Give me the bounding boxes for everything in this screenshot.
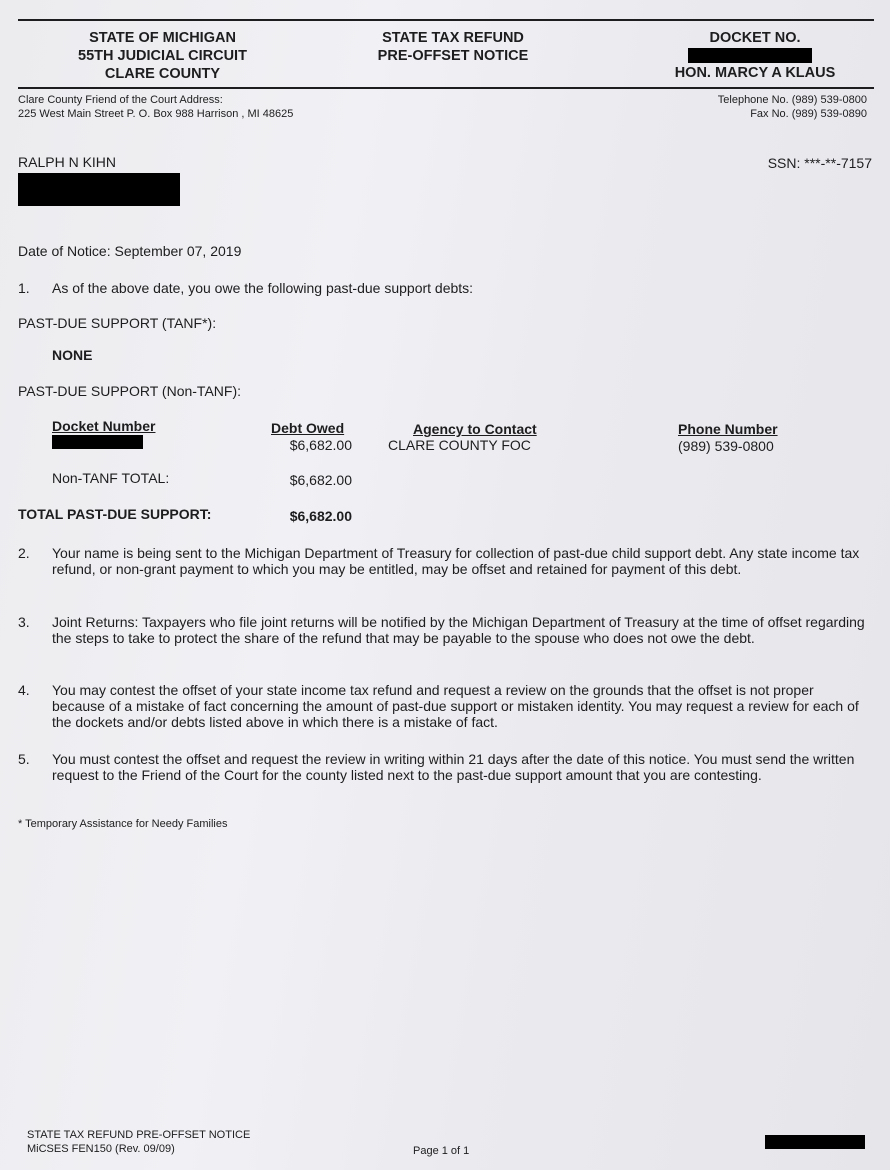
footer-code-redaction <box>765 1135 865 1149</box>
row-phone: (989) 539-0800 <box>678 438 774 454</box>
paragraph-1-text: As of the above date, you owe the follow… <box>52 280 868 296</box>
paragraph-1: 1. As of the above date, you owe the fol… <box>18 280 868 296</box>
foc-address: Clare County Friend of the Court Address… <box>18 93 293 121</box>
docket-block: DOCKET NO. <box>640 29 870 47</box>
notice-title-line1: STATE TAX REFUND <box>330 29 576 47</box>
paragraph-2-number: 2. <box>18 545 52 577</box>
form-footer: STATE TAX REFUND PRE-OFFSET NOTICE MiCSE… <box>27 1128 250 1156</box>
non-tanf-total-value: $6,682.00 <box>250 472 352 488</box>
non-tanf-label: PAST-DUE SUPPORT (Non-TANF): <box>18 383 241 399</box>
paragraph-4-text: You may contest the offset of your state… <box>52 682 868 730</box>
recipient-name: RALPH N KIHN <box>18 154 116 170</box>
col-header-docket-number: Docket Number <box>52 418 155 434</box>
foc-address-line: 225 West Main Street P. O. Box 988 Harri… <box>18 107 293 121</box>
total-value: $6,682.00 <box>250 508 352 524</box>
notice-title-line2: PRE-OFFSET NOTICE <box>330 47 576 65</box>
total-label: TOTAL PAST-DUE SUPPORT: <box>18 506 211 522</box>
form-title: STATE TAX REFUND PRE-OFFSET NOTICE <box>27 1128 250 1142</box>
tanf-label: PAST-DUE SUPPORT (TANF*): <box>18 315 216 331</box>
tanf-footnote: * Temporary Assistance for Needy Familie… <box>18 817 228 831</box>
col-header-phone: Phone Number <box>678 421 778 437</box>
notice-date: Date of Notice: September 07, 2019 <box>18 243 241 259</box>
header-bottom-rule <box>18 87 874 89</box>
foc-address-label: Clare County Friend of the Court Address… <box>18 93 293 107</box>
recipient-address-redaction <box>18 173 180 206</box>
judge-name: HON. MARCY A KLAUS <box>640 64 870 82</box>
court-heading-state: STATE OF MICHIGAN <box>30 29 295 47</box>
row-agency: CLARE COUNTY FOC <box>388 437 531 453</box>
form-id: MiCSES FEN150 (Rev. 09/09) <box>27 1142 250 1156</box>
paragraph-4-number: 4. <box>18 682 52 730</box>
paragraph-1-number: 1. <box>18 280 52 296</box>
court-heading-circuit: 55TH JUDICIAL CIRCUIT <box>30 47 295 65</box>
row-docket-redaction <box>52 435 143 449</box>
header-top-rule <box>18 19 874 21</box>
paragraph-3-text: Joint Returns: Taxpayers who file joint … <box>52 614 868 646</box>
col-header-debt-owed: Debt Owed <box>271 420 344 436</box>
court-heading: STATE OF MICHIGAN 55TH JUDICIAL CIRCUIT … <box>30 29 295 83</box>
paragraph-5-text: You must contest the offset and request … <box>52 751 868 783</box>
paragraph-2-text: Your name is being sent to the Michigan … <box>52 545 868 577</box>
pre-offset-notice-page: STATE OF MICHIGAN 55TH JUDICIAL CIRCUIT … <box>0 0 890 1170</box>
docket-number-redaction <box>688 48 812 63</box>
foc-fax: Fax No. (989) 539-0890 <box>718 107 867 121</box>
foc-telephone: Telephone No. (989) 539-0800 <box>718 93 867 107</box>
col-header-agency: Agency to Contact <box>413 421 537 437</box>
paragraph-3: 3. Joint Returns: Taxpayers who file joi… <box>18 614 868 646</box>
non-tanf-total-label: Non-TANF TOTAL: <box>52 470 169 486</box>
page-number: Page 1 of 1 <box>413 1144 469 1158</box>
notice-title: STATE TAX REFUND PRE-OFFSET NOTICE <box>330 29 576 65</box>
tanf-value: NONE <box>52 347 92 363</box>
docket-label: DOCKET NO. <box>640 29 870 47</box>
recipient-ssn: SSN: ***-**-7157 <box>768 155 872 171</box>
paragraph-2: 2. Your name is being sent to the Michig… <box>18 545 868 577</box>
row-debt-owed: $6,682.00 <box>250 437 352 453</box>
paragraph-5: 5. You must contest the offset and reque… <box>18 751 868 783</box>
paragraph-5-number: 5. <box>18 751 52 783</box>
court-heading-county: CLARE COUNTY <box>30 65 295 83</box>
foc-contact: Telephone No. (989) 539-0800 Fax No. (98… <box>718 93 867 121</box>
paragraph-4: 4. You may contest the offset of your st… <box>18 682 868 730</box>
paragraph-3-number: 3. <box>18 614 52 646</box>
